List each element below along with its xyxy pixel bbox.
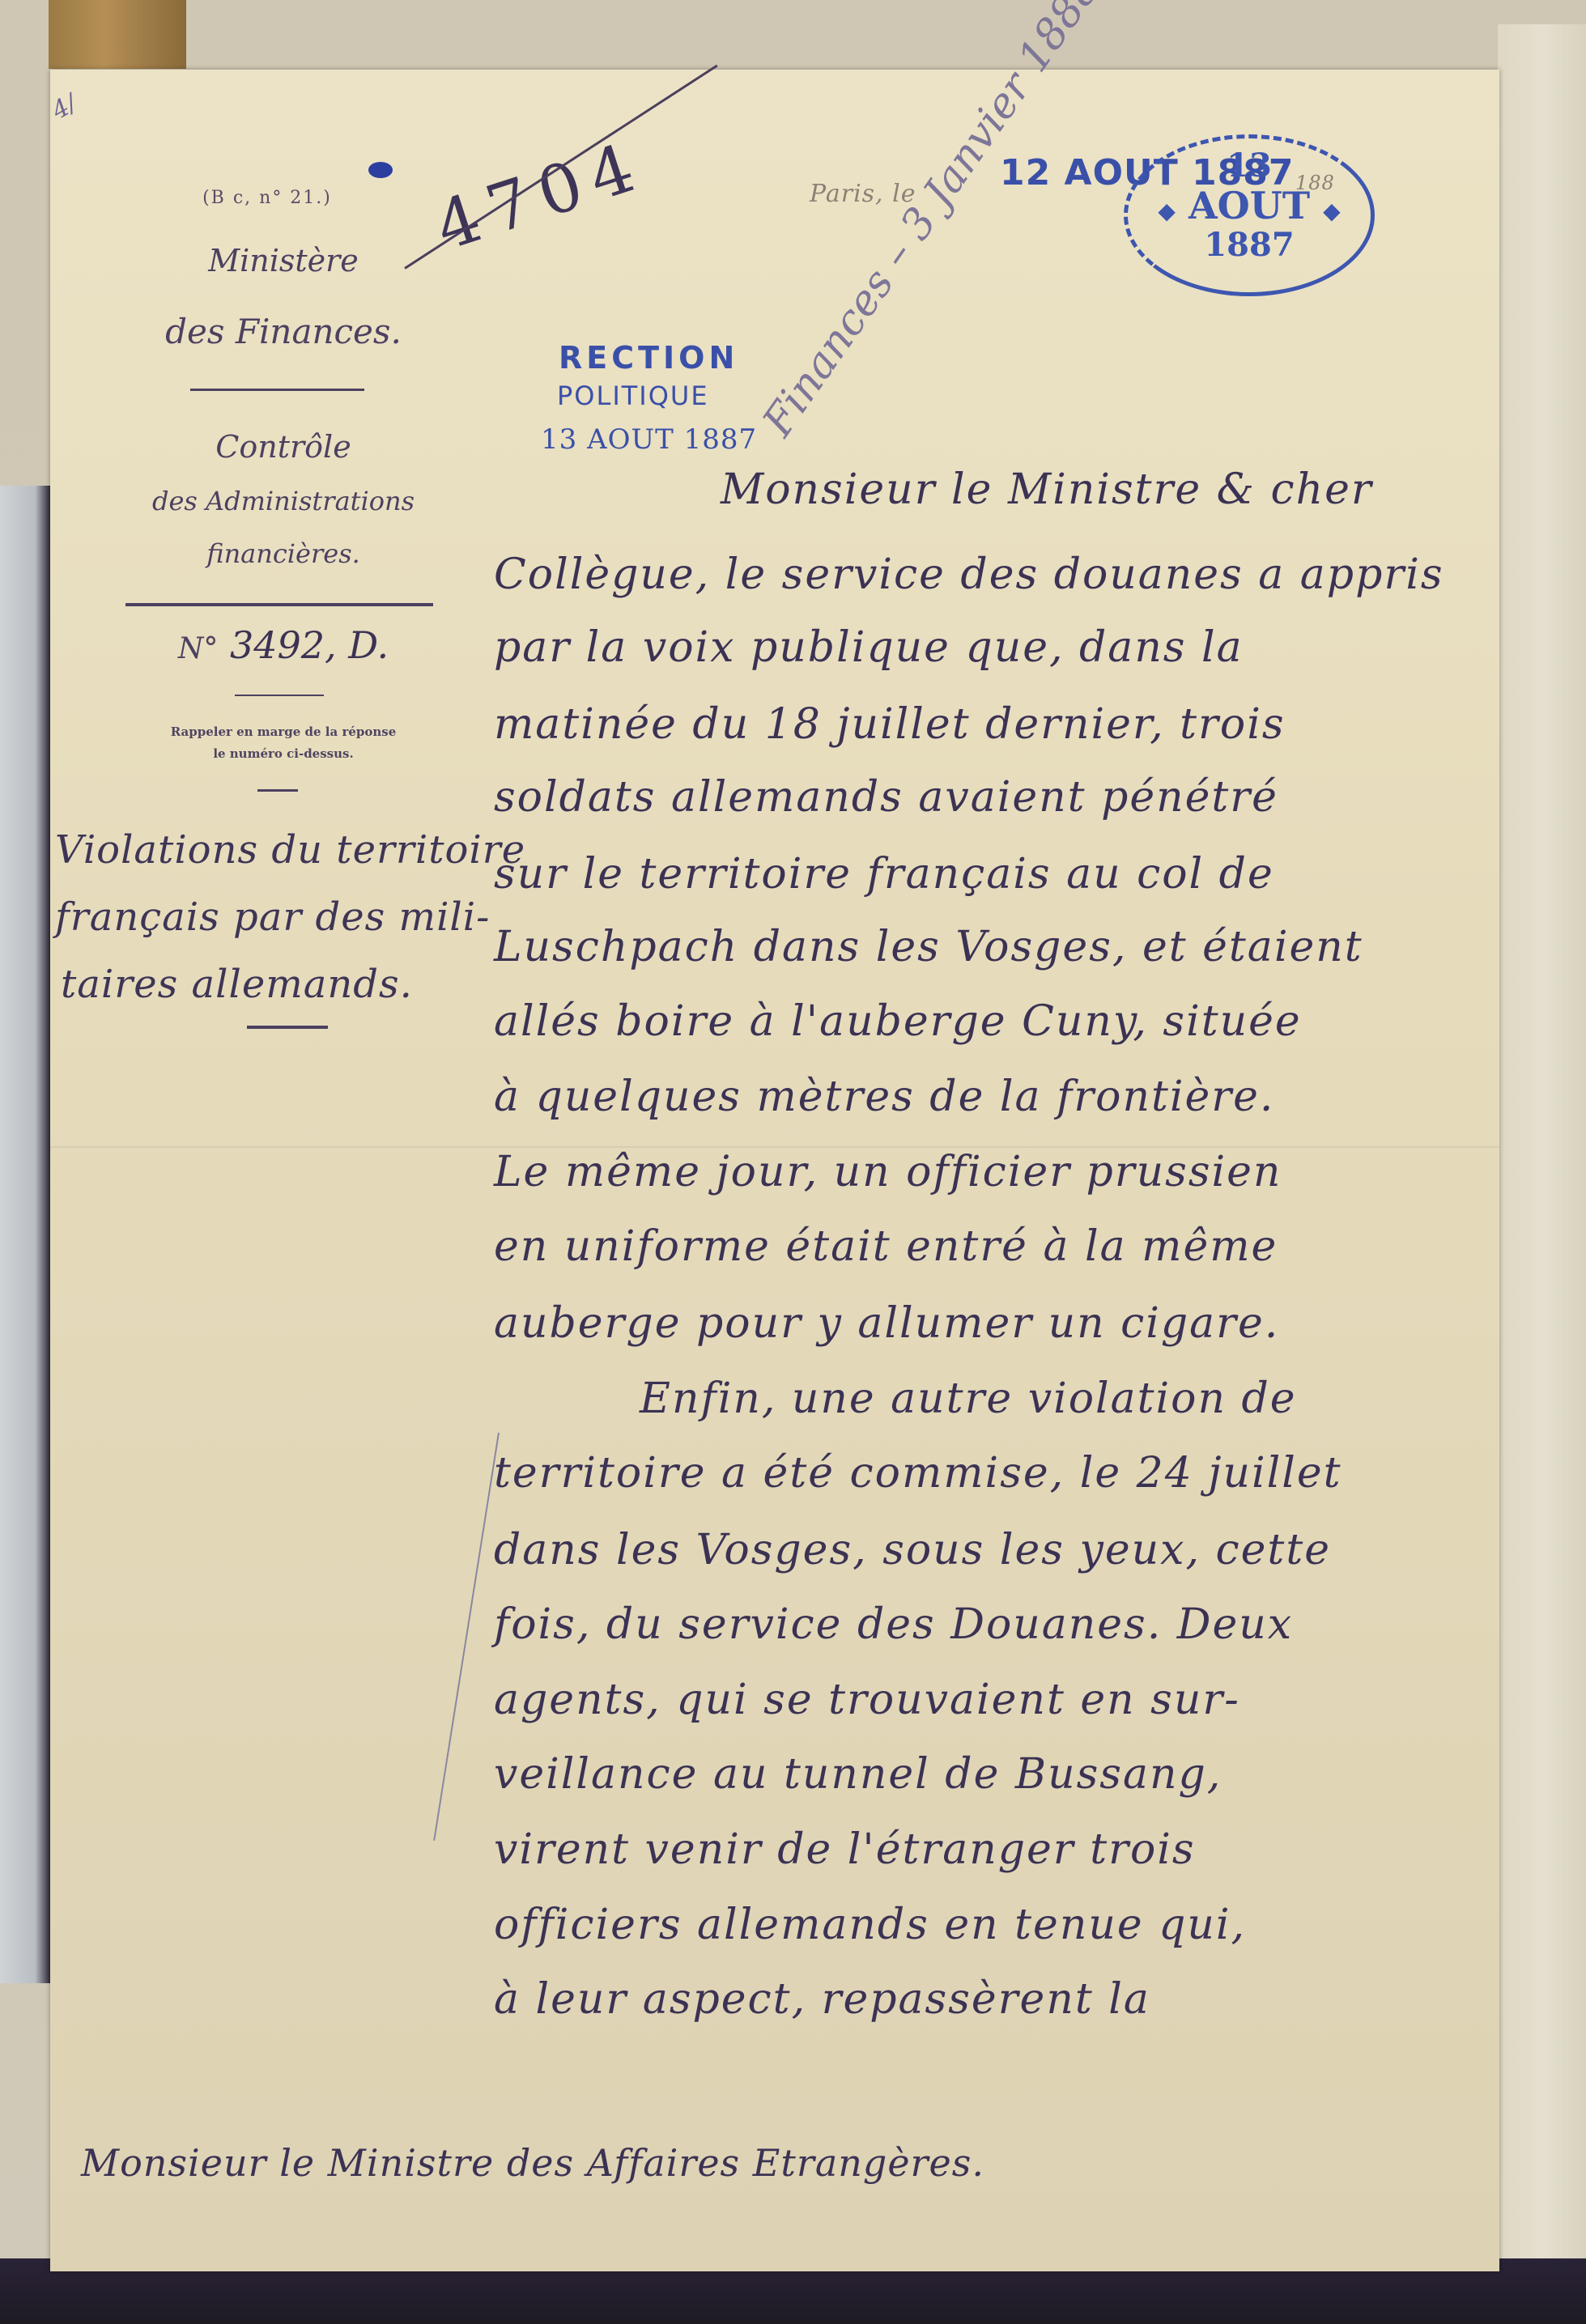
body-line: Le même jour, un officier prussien: [494, 1148, 1282, 1196]
dateline-place: Paris, le: [810, 180, 916, 208]
ministry-line-2: des Finances.: [121, 312, 445, 351]
addressee: Monsieur le Ministre des Affaires Etrang…: [81, 2141, 984, 2185]
body-line: matinée du 18 juillet dernier, trois: [494, 700, 1286, 749]
background-left-sheet: [0, 486, 50, 1983]
reference-number: N° 3492, D.: [121, 623, 445, 667]
form-code: (B c, n° 21.): [186, 188, 348, 208]
body-line: Enfin, une autre violation de: [640, 1374, 1297, 1423]
body-line: veillance au tunnel de Bussang,: [494, 1750, 1222, 1799]
body-line: en uniforme était entré à la même: [494, 1222, 1278, 1271]
reminder-line-1: Rappeler en marge de la réponse: [121, 724, 445, 739]
body-line: agents, qui se trouvaient en sur-: [494, 1676, 1240, 1724]
reference-value: 3492, D.: [230, 623, 389, 667]
body-line: allés boire à l'auberge Cuny, située: [494, 997, 1302, 1046]
background-right-sheets: [1498, 24, 1586, 2323]
reminder-line-2: le numéro ci-dessus.: [121, 746, 445, 761]
subject-underline: [247, 1026, 328, 1029]
background-wood: [49, 0, 186, 69]
diamond-icon: ◆: [1323, 198, 1341, 224]
section-stamp-line-3: 13 AOUT 1887: [541, 423, 757, 456]
body-line: virent venir de l'étranger trois: [494, 1825, 1196, 1874]
oval-stamp-month: ◆ AOUT ◆: [1128, 187, 1371, 224]
short-rule: [235, 695, 324, 696]
ornament-rule: [190, 389, 364, 391]
department-line-3: financières.: [121, 538, 445, 569]
body-line: dans les Vosges, sous les yeux, cette: [494, 1526, 1331, 1574]
department-line-2: des Administrations: [121, 486, 445, 516]
diamond-icon: ◆: [1158, 198, 1176, 224]
body-line: à quelques mètres de la frontière.: [494, 1073, 1274, 1121]
section-stamp-line-1: RECTION: [559, 340, 738, 376]
oval-stamp-month-text: AOUT: [1188, 184, 1310, 227]
oval-stamp-day: 13: [1128, 150, 1371, 182]
body-line: Monsieur le Ministre & cher: [721, 465, 1373, 514]
body-line: officiers allemands en tenue qui,: [494, 1901, 1246, 1949]
department-line-1: Contrôle: [121, 429, 445, 465]
oval-date-stamp: 13 ◆ AOUT ◆ 1887: [1124, 134, 1375, 296]
body-line: soldats allemands avaient pénétré: [494, 773, 1278, 822]
ink-spot-icon: [368, 162, 393, 178]
body-line: territoire a été commise, le 24 juillet: [494, 1449, 1342, 1498]
body-line: fois, du service des Douanes. Deux: [494, 1600, 1293, 1649]
subject-line-3: taires allemands.: [61, 962, 413, 1007]
body-line: sur le territoire français au col de: [494, 850, 1274, 899]
body-line: Luschpach dans les Vosges, et étaient: [494, 923, 1363, 971]
short-rule-2: [257, 789, 298, 792]
subject-line-2: français par des mili-: [55, 894, 490, 940]
body-line: par la voix publique que, dans la: [494, 623, 1244, 672]
body-line: Collègue, le service des douanes a appri…: [494, 550, 1444, 599]
section-stamp-line-2: POLITIQUE: [557, 380, 709, 411]
body-line: à leur aspect, repassèrent la: [494, 1975, 1150, 2024]
subject-line-1: Violations du territoire: [55, 827, 525, 873]
ministry-line-1: Ministère: [121, 243, 445, 278]
reference-prefix: N°: [178, 632, 219, 665]
ornament-rule-2: [125, 603, 433, 606]
oval-stamp-year: 1887: [1128, 229, 1371, 261]
body-line: auberge pour y allumer un cigare.: [494, 1299, 1279, 1348]
